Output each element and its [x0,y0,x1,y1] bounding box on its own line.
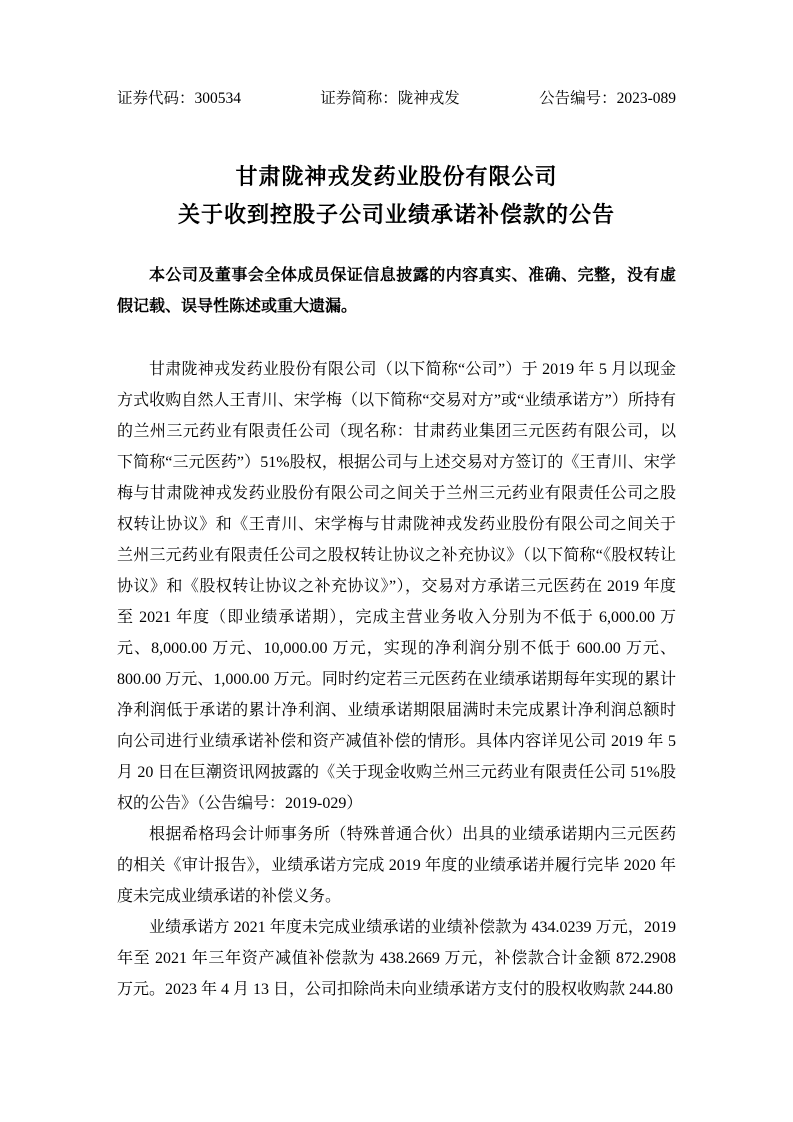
company-name: 甘肃陇神戎发药业股份有限公司 [117,158,676,196]
announcement-number: 公告编号：2023-089 [539,88,676,110]
announcement-page: 证券代码：300534 证券简称：陇神戎发 公告编号：2023-089 甘肃陇神… [0,0,793,1122]
document-header: 证券代码：300534 证券简称：陇神戎发 公告编号：2023-089 [117,88,676,110]
stock-code: 证券代码：300534 [117,88,241,110]
paragraph-compensation-amounts: 业绩承诺方 2021 年度未完成业绩承诺的业绩补偿款为 434.0239 万元，… [117,912,676,1005]
document-title: 甘肃陇神戎发药业股份有限公司 关于收到控股子公司业绩承诺补偿款的公告 [117,158,676,234]
paragraph-acquisition-background: 甘肃陇神戎发药业股份有限公司（以下简称“公司”）于 2019 年 5 月以现金方… [117,354,676,819]
board-declaration: 本公司及董事会全体成员保证信息披露的内容真实、准确、完整，没有虚假记载、误导性陈… [117,260,676,322]
stock-abbreviation: 证券简称：陇神戎发 [320,88,460,110]
announcement-subject: 关于收到控股子公司业绩承诺补偿款的公告 [117,196,676,234]
paragraph-audit-report: 根据希格玛会计师事务所（特殊普通合伙）出具的业绩承诺期内三元医药的相关《审计报告… [117,819,676,912]
